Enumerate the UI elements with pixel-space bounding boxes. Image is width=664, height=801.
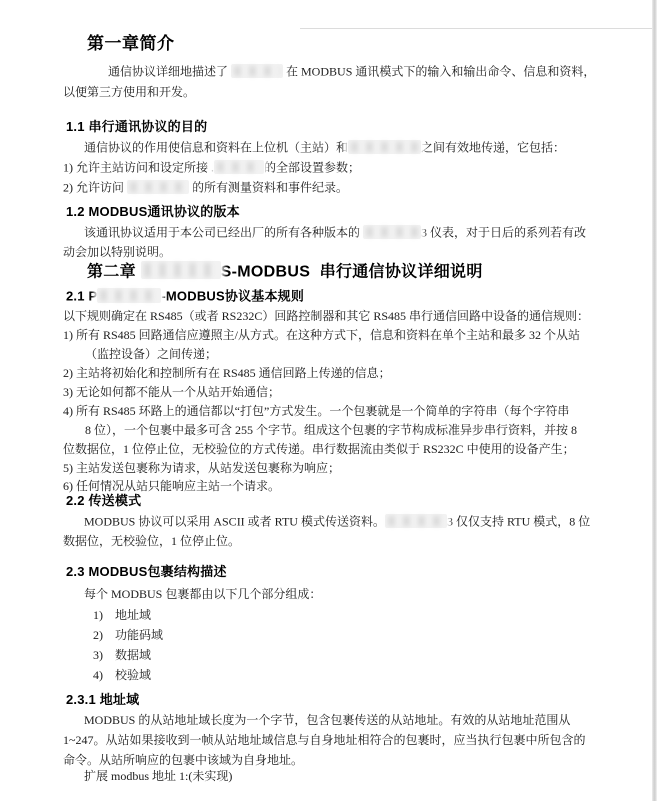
s2-3-item2: 2) 功能码域 xyxy=(93,628,163,642)
text-run: 通信协议的作用使信息和资料在上位机（主站）和 xyxy=(84,141,348,155)
s2-1-rule4-line3: 位数据位，1 位停止位，无校验位的方式传递。串行数据流由类似于 RS232C 中… xyxy=(63,442,575,456)
text-run: 5) 主站发送包裹称为请求，从站发送包裹称为响应； xyxy=(63,461,340,475)
text-run: 扩展 modbus 地址 1:(未实现) xyxy=(84,769,232,783)
redaction-blur xyxy=(385,514,447,528)
page-edge-shadow xyxy=(652,0,657,801)
text-run: -MODBUS协议基本规则 xyxy=(161,289,304,304)
s2-1-rule4-line1: 4) 所有 RS485 环路上的通信都以“打包”方式发生。一个包裹就是一个简单的… xyxy=(63,404,569,418)
s1-2-para-line1: 该通讯协议适用于本公司已经出厂的所有各种版本的 3 仪表，对于日后的系列若有改 xyxy=(84,225,586,240)
s1-1-para: 通信协议的作用使信息和资料在上位机（主站）和之间有效地传递，它包括： xyxy=(84,140,565,155)
chapter2-heading: 第二章 S-MODBUS 串行通信协议详细说明 xyxy=(87,261,483,282)
document-page: 第一章简介通信协议详细地描述了 在 MODBUS 通讯模式下的输入和输出命令、信… xyxy=(0,0,664,801)
text-run: 6) 任何情况从站只能响应主站一个请求。 xyxy=(63,479,280,493)
section-2-3-1-heading: 2.3.1 地址域 xyxy=(66,693,139,708)
text-run: （监控设备）之间传递； xyxy=(85,347,217,361)
text-run: 数据位，无校验位，1 位停止位。 xyxy=(63,534,240,548)
s2-3-1-para-line3: 命令。从站所响应的包裹中该域为自身地址。 xyxy=(63,753,303,767)
redaction-blur xyxy=(231,64,283,78)
section-2-2-heading: 2.2 传送模式 xyxy=(66,494,141,509)
redaction-blur xyxy=(348,140,421,154)
text-run: S-MODBUS 串行通信协议详细说明 xyxy=(221,264,483,281)
text-run: 1~247。从站如果接收到一帧从站地址域信息与自身地址相符合的包裹时，应当执行包… xyxy=(63,733,586,747)
s2-1-rule1-line2: （监控设备）之间传递； xyxy=(85,347,217,361)
text-run: 2.3.1 地址域 xyxy=(66,692,139,707)
text-run: 1.1 串行通讯协议的目的 xyxy=(66,119,207,134)
redaction-blur xyxy=(214,160,264,174)
text-run: 2.3 MODBUS包裹结构描述 xyxy=(66,564,227,579)
text-run: 以下规则确定在 RS485（或者 RS232C）回路控制器和其它 RS485 串… xyxy=(63,309,589,323)
text-run: MODBUS 的从站地址域长度为一个字节，包含包裹传送的从站地址。有效的从站地址… xyxy=(84,713,570,727)
s2-1-rule5: 5) 主站发送包裹称为请求，从站发送包裹称为响应； xyxy=(63,461,340,475)
text-run: 1) 所有 RS485 回路通信应遵照主/从方式。在这种方式下，信息和资料在单个… xyxy=(63,328,580,342)
scan-top-edge-line xyxy=(300,28,652,29)
ch1-intro-line1: 通信协议详细地描述了 在 MODBUS 通讯模式下的输入和输出命令、信息和资料， xyxy=(108,64,595,79)
s2-3-item1: 1) 地址域 xyxy=(93,608,151,622)
s2-2-para-line2: 数据位，无校验位，1 位停止位。 xyxy=(63,534,240,548)
text-run: 8 位），一个包裹中最多可含 255 个字节。组成这个包裹的字节构成标准异步串行… xyxy=(85,423,577,437)
s2-3-item3: 3) 数据域 xyxy=(93,648,151,662)
text-run: 命令。从站所响应的包裹中该域为自身地址。 xyxy=(63,753,303,767)
text-run: 第一章简介 xyxy=(87,34,175,53)
s2-1-intro: 以下规则确定在 RS485（或者 RS232C）回路控制器和其它 RS485 串… xyxy=(63,309,589,323)
s2-3-1-para-line2: 1~247。从站如果接收到一帧从站地址域信息与自身地址相符合的包裹时，应当执行包… xyxy=(63,733,586,747)
text-run: 4) 校验域 xyxy=(93,668,151,682)
text-run: 3 仪表，对于日后的系列若有改 xyxy=(421,226,586,240)
s1-1-item2: 2) 允许访问 的所有测量资料和事件纪录。 xyxy=(63,180,348,195)
redaction-blur xyxy=(363,225,421,239)
text-run: 每个 MODBUS 包裹都由以下几个部分组成： xyxy=(84,587,321,601)
text-run: 4) 所有 RS485 环路上的通信都以“打包”方式发生。一个包裹就是一个简单的… xyxy=(63,404,569,418)
s2-1-rule2: 2) 主站将初始化和控制所有在 RS485 通信回路上传递的信息； xyxy=(63,366,391,380)
text-run: 的全部设置参数； xyxy=(264,161,360,175)
section-1-1-heading: 1.1 串行通讯协议的目的 xyxy=(66,120,207,135)
text-run: MODBUS 协议可以采用 ASCII 或者 RTU 模式传送资料。 xyxy=(84,515,385,529)
s2-3-1-para-line1: MODBUS 的从站地址域长度为一个字节，包含包裹传送的从站地址。有效的从站地址… xyxy=(84,713,570,727)
text-run: 以便第三方使用和开发。 xyxy=(63,85,195,99)
text-run: 位数据位，1 位停止位，无校验位的方式传递。串行数据流由类似于 RS232C 中… xyxy=(63,442,575,456)
text-run: 通信协议详细地描述了 xyxy=(108,65,231,79)
s1-2-para-line2: 动会加以特别说明。 xyxy=(63,245,171,259)
text-run: 动会加以特别说明。 xyxy=(63,245,171,259)
section-2-3-heading: 2.3 MODBUS包裹结构描述 xyxy=(66,565,227,580)
s2-1-rule3: 3) 无论如何都不能从一个从站开始通信； xyxy=(63,385,280,399)
text-run: 1.2 MODBUS通讯协议的版本 xyxy=(66,204,240,219)
text-run: 1) 地址域 xyxy=(93,608,151,622)
text-run: 2) 功能码域 xyxy=(93,628,163,642)
s2-1-rule1-line1: 1) 所有 RS485 回路通信应遵照主/从方式。在这种方式下，信息和资料在单个… xyxy=(63,328,580,342)
redaction-blur xyxy=(127,180,189,194)
text-run: 3) 无论如何都不能从一个从站开始通信； xyxy=(63,385,280,399)
s1-1-item1: 1) 允许主站访问和设定所接 .的全部设置参数； xyxy=(63,160,360,175)
text-run: 3) 数据域 xyxy=(93,648,151,662)
s2-2-para-line1: MODBUS 协议可以采用 ASCII 或者 RTU 模式传送资料。3 仅仅支持… xyxy=(84,514,590,529)
s2-3-1-note: 扩展 modbus 地址 1:(未实现) xyxy=(84,769,232,783)
text-run: 2) 允许访问 xyxy=(63,181,127,195)
s2-3-intro: 每个 MODBUS 包裹都由以下几个部分组成： xyxy=(84,587,321,601)
text-run: 2) 主站将初始化和控制所有在 RS485 通信回路上传递的信息； xyxy=(63,366,391,380)
section-1-2-heading: 1.2 MODBUS通讯协议的版本 xyxy=(66,205,240,220)
ch1-intro-line2: 以便第三方使用和开发。 xyxy=(63,85,195,99)
text-run: 之间有效地传递，它包括： xyxy=(421,141,565,155)
text-run: 该通讯协议适用于本公司已经出厂的所有各种版本的 xyxy=(84,226,363,240)
text-run: 3 仅仅支持 RTU 模式，8 位 xyxy=(447,515,590,529)
text-run: 在 MODBUS 通讯模式下的输入和输出命令、信息和资料， xyxy=(283,65,595,79)
text-run: 2.1 P xyxy=(66,289,97,304)
chapter1-heading: 第一章简介 xyxy=(87,34,175,54)
s2-1-rule4-line2: 8 位），一个包裹中最多可含 255 个字节。组成这个包裹的字节构成标准异步串行… xyxy=(85,423,577,437)
s2-1-rule6: 6) 任何情况从站只能响应主站一个请求。 xyxy=(63,479,280,493)
s2-3-item4: 4) 校验域 xyxy=(93,668,151,682)
section-2-1-heading: 2.1 P-MODBUS协议基本规则 xyxy=(66,288,304,305)
text-run: 2.2 传送模式 xyxy=(66,493,141,508)
text-run: 第二章 xyxy=(87,264,141,281)
redaction-blur xyxy=(141,261,221,279)
redaction-blur xyxy=(97,288,161,303)
text-run: 的所有测量资料和事件纪录。 xyxy=(189,181,348,195)
text-run: 1) 允许主站访问和设定所接 . xyxy=(63,161,214,175)
